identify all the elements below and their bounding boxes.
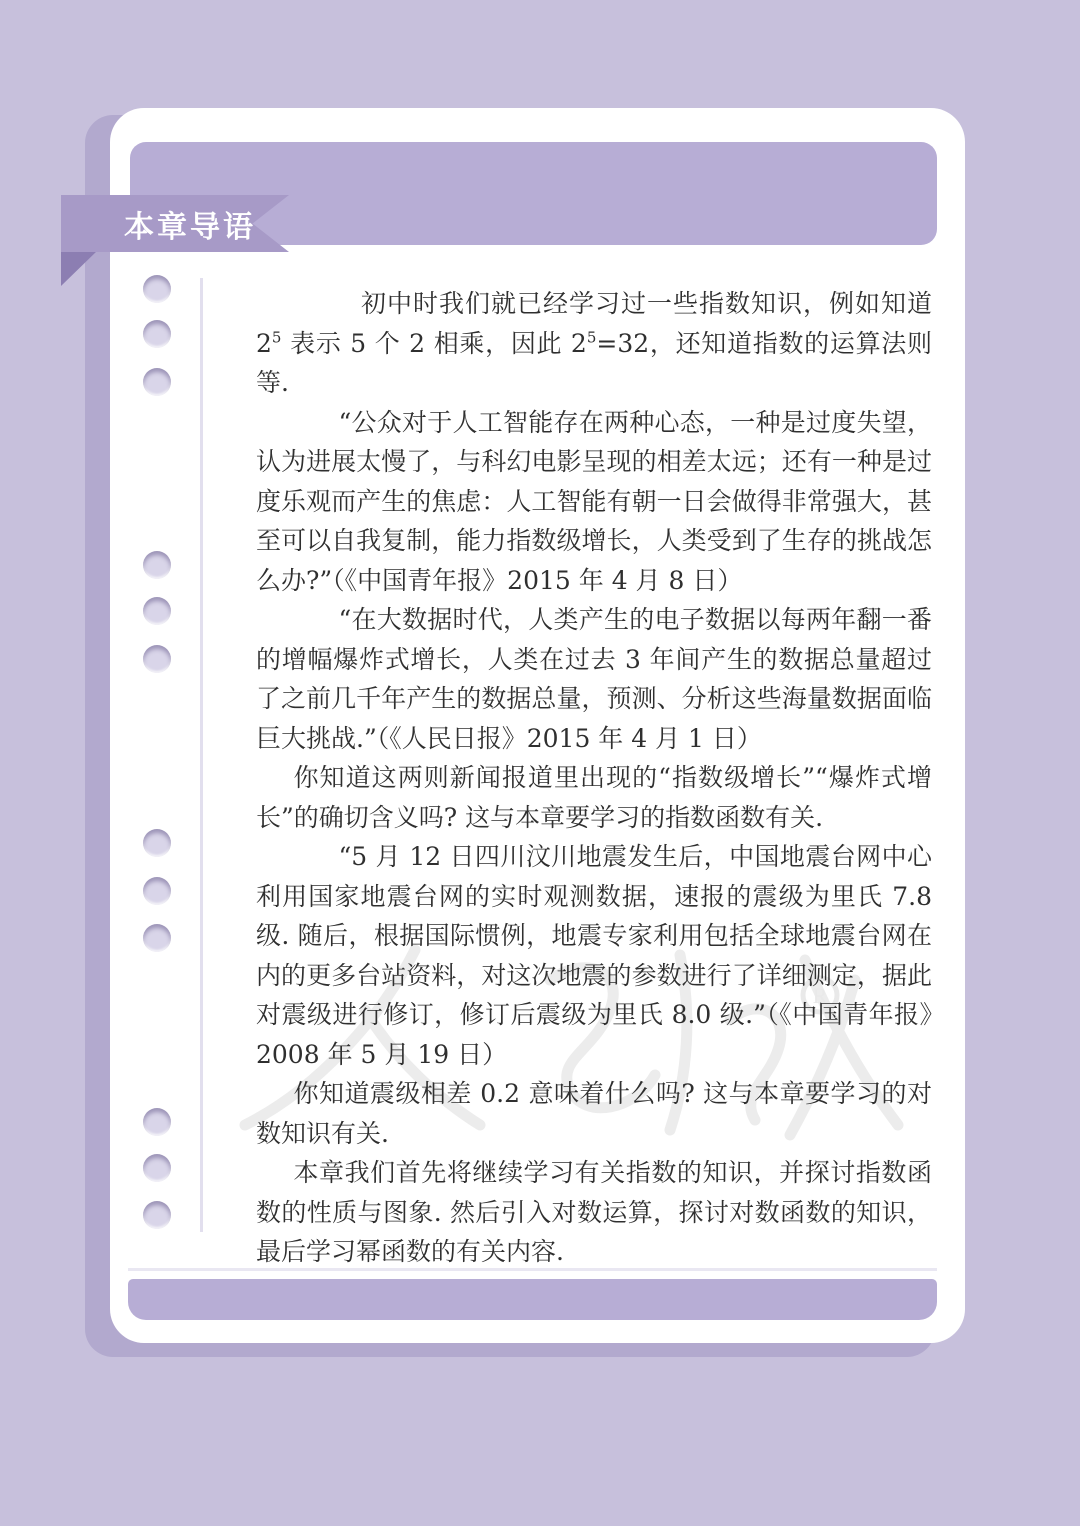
- notebook-page: R 初中时我们就已经学习过一些指数知识，例如知道 25 表示 5 个 2 相乘，…: [110, 108, 965, 1343]
- ribbon-label: 本章导语: [124, 202, 256, 246]
- binder-hole: [143, 597, 171, 625]
- paragraph: “在大数据时代，人类产生的电子数据以每两年翻一番的增幅爆炸式增长，人类在过去 3…: [256, 600, 932, 758]
- binder-hole: [143, 1154, 171, 1182]
- binder-hole: [143, 877, 171, 905]
- footer-band: [128, 1279, 937, 1320]
- binder-hole: [143, 829, 171, 857]
- binder-hole: [143, 275, 171, 303]
- binder-hole: [143, 1108, 171, 1136]
- paragraph: “公众对于人工智能存在两种心态，一种是过度失望，认为进展太慢了，与科幻电影呈现的…: [256, 403, 932, 601]
- binder-hole: [143, 368, 171, 396]
- chapter-intro-text: 初中时我们就已经学习过一些指数知识，例如知道 25 表示 5 个 2 相乘，因此…: [256, 284, 932, 1272]
- paragraph: 你知道震级相差 0.2 意味着什么吗? 这与本章要学习的对数知识有关.: [256, 1074, 932, 1153]
- margin-rule: [200, 278, 203, 1232]
- paragraph: “5 月 12 日四川汶川地震发生后，中国地震台网中心利用国家地震台网的实时观测…: [256, 837, 932, 1074]
- paragraph: 你知道这两则新闻报道里出现的“指数级增长”“爆炸式增长”的确切含义吗? 这与本章…: [256, 758, 932, 837]
- binder-hole: [143, 924, 171, 952]
- paragraph: 初中时我们就已经学习过一些指数知识，例如知道 25 表示 5 个 2 相乘，因此…: [256, 284, 932, 403]
- binder-hole: [143, 551, 171, 579]
- binder-hole: [143, 1201, 171, 1229]
- binder-hole: [143, 320, 171, 348]
- binder-hole: [143, 645, 171, 673]
- paragraph: 本章我们首先将继续学习有关指数的知识，并探讨指数函数的性质与图象. 然后引入对数…: [256, 1153, 932, 1272]
